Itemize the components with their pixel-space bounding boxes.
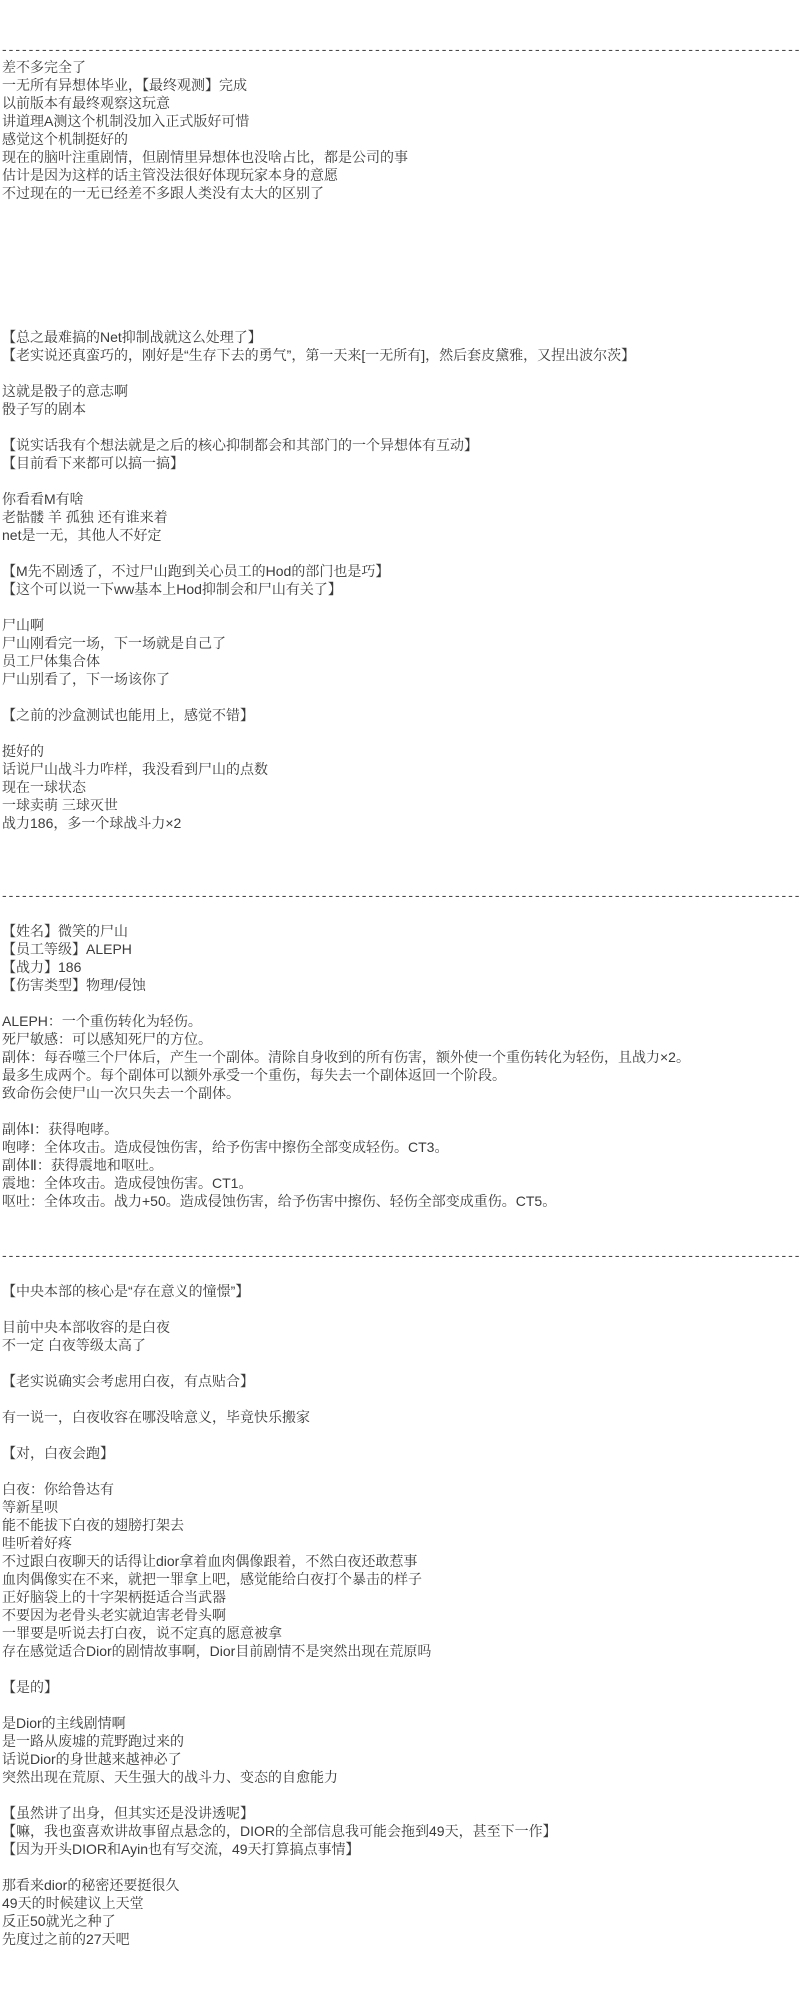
blank-line: [2, 904, 800, 922]
text-line: 现在一球状态: [2, 778, 800, 796]
blank-line: [2, 202, 800, 220]
section-discussion-block-1: 差不多完全了一无所有异想体毕业，【最终观测】完成以前版本有最终观察这玩意讲道理A…: [2, 58, 800, 328]
text-line: 死尸敏感：可以感知死尸的方位。: [2, 1030, 800, 1048]
text-line: 血肉偶像实在不来，就把一罪拿上吧，感觉能给白夜打个暴击的样子: [2, 1570, 800, 1588]
text-line: 这就是骰子的意志啊: [2, 382, 800, 400]
blank-line: [2, 850, 800, 868]
section-discussion-block-3: 【中央本部的核心是“存在意义的憧憬”】目前中央本部收容的是白夜不一定 白夜等级太…: [2, 1264, 800, 1948]
text-line: 一无所有异想体毕业，【最终观测】完成: [2, 76, 800, 94]
text-line: 【老实说还真蛮巧的，刚好是“生存下去的勇气”，第一天来[一无所有]，然后套皮黛雅…: [2, 346, 800, 364]
blank-line: [2, 1462, 800, 1480]
text-line: ALEPH：一个重伤转化为轻伤。: [2, 1012, 800, 1030]
text-line: 哇听着好疼: [2, 1534, 800, 1552]
blank-line: [2, 598, 800, 616]
text-line: 存在感觉适合Dior的剧情故事啊，Dior目前剧情不是突然出现在荒原吗: [2, 1642, 800, 1660]
text-line: 先度过之前的27天吧: [2, 1930, 800, 1948]
separator-line: ----------------------------------------…: [2, 886, 800, 904]
blank-line: [2, 1786, 800, 1804]
blank-line: [2, 868, 800, 886]
text-line: 员工尸体集合体: [2, 652, 800, 670]
text-line: 【虽然讲了出身，但其实还是没讲透呢】: [2, 1804, 800, 1822]
text-line: 副体Ⅰ：获得咆哮。: [2, 1120, 800, 1138]
text-line: 不要因为老骨头老实就迫害老骨头啊: [2, 1606, 800, 1624]
text-line: 【之前的沙盒测试也能用上，感觉不错】: [2, 706, 800, 724]
text-line: 尸山啊: [2, 616, 800, 634]
text-line: 【伤害类型】物理/侵蚀: [2, 976, 800, 994]
blank-line: [2, 256, 800, 274]
section-abnormality-stat-block: 【姓名】微笑的尸山【员工等级】ALEPH【战力】186【伤害类型】物理/侵蚀AL…: [2, 904, 800, 1246]
text-line: 【是的】: [2, 1678, 800, 1696]
text-line: 【嘛，我也蛮喜欢讲故事留点悬念的，DIOR的全部信息我可能会拖到49天，甚至下一…: [2, 1822, 800, 1840]
blank-line: [2, 832, 800, 850]
text-line: 最多生成两个。每个副体可以额外承受一个重伤，每失去一个副体返回一个阶段。: [2, 1066, 800, 1084]
separator-line: ----------------------------------------…: [2, 1246, 800, 1264]
blank-line: [2, 1228, 800, 1246]
text-line: 你看看M有啥: [2, 490, 800, 508]
text-line: 副体：每吞噬三个尸体后，产生一个副体。清除自身收到的所有伤害，额外使一个重伤转化…: [2, 1048, 800, 1066]
text-line: 【姓名】微笑的尸山: [2, 922, 800, 940]
text-line: 现在的脑叶注重剧情，但剧情里异想体也没啥占比，都是公司的事: [2, 148, 800, 166]
blank-line: [2, 1300, 800, 1318]
section-separator-mid-2: ----------------------------------------…: [2, 1246, 800, 1264]
separator-line: ----------------------------------------…: [2, 40, 800, 58]
text-line: 挺好的: [2, 742, 800, 760]
blank-line: [2, 364, 800, 382]
blank-line: [2, 1858, 800, 1876]
blank-line: [2, 1210, 800, 1228]
section-separator-mid-1: ----------------------------------------…: [2, 886, 800, 904]
blank-line: [2, 1264, 800, 1282]
blank-line: [2, 220, 800, 238]
blank-line: [2, 310, 800, 328]
text-line: 一球卖萌 三球灭世: [2, 796, 800, 814]
text-line: 正好脑袋上的十字架柄挺适合当武器: [2, 1588, 800, 1606]
text-line: 尸山刚看完一场，下一场就是自己了: [2, 634, 800, 652]
document-body: ----------------------------------------…: [0, 0, 800, 1948]
section-separator-top: ----------------------------------------…: [2, 40, 800, 58]
text-line: 不过跟白夜聊天的话得让dior拿着血肉偶像跟着，不然白夜还敢惹事: [2, 1552, 800, 1570]
text-line: 那看来dior的秘密还要挺很久: [2, 1876, 800, 1894]
text-line: 【老实说确实会考虑用白夜，有点贴合】: [2, 1372, 800, 1390]
text-line: 差不多完全了: [2, 58, 800, 76]
text-line: 白夜：你给鲁达有: [2, 1480, 800, 1498]
text-line: 讲道理A测这个机制没加入正式版好可惜: [2, 112, 800, 130]
section-discussion-block-2: 【总之最难搞的Net抑制战就这么处理了】【老实说还真蛮巧的，刚好是“生存下去的勇…: [2, 328, 800, 886]
text-line: 【因为开头DIOR和Ayin也有写交流，49天打算搞点事情】: [2, 1840, 800, 1858]
text-line: 49天的时候建议上天堂: [2, 1894, 800, 1912]
blank-line: [2, 1696, 800, 1714]
text-line: 【这个可以说一下ww基本上Hod抑制会和尸山有关了】: [2, 580, 800, 598]
text-line: 估计是因为这样的话主管没法很好体现玩家本身的意愿: [2, 166, 800, 184]
text-line: 有一说一，白夜收容在哪没啥意义，毕竟快乐搬家: [2, 1408, 800, 1426]
text-line: 不一定 白夜等级太高了: [2, 1336, 800, 1354]
blank-line: [2, 1426, 800, 1444]
text-line: 骰子写的剧本: [2, 400, 800, 418]
blank-line: [2, 994, 800, 1012]
text-line: 咆哮：全体攻击。造成侵蚀伤害，给予伤害中擦伤全部变成轻伤。CT3。: [2, 1138, 800, 1156]
blank-line: [2, 1390, 800, 1408]
text-line: 不过现在的一无已经差不多跟人类没有太大的区别了: [2, 184, 800, 202]
text-line: 等新星呗: [2, 1498, 800, 1516]
text-line: 突然出现在荒原、天生强大的战斗力、变态的自愈能力: [2, 1768, 800, 1786]
text-line: 是Dior的主线剧情啊: [2, 1714, 800, 1732]
blank-line: [2, 1660, 800, 1678]
text-line: 是一路从废墟的荒野跑过来的: [2, 1732, 800, 1750]
blank-line: [2, 1102, 800, 1120]
blank-line: [2, 1354, 800, 1372]
blank-line: [2, 238, 800, 256]
text-line: 感觉这个机制挺好的: [2, 130, 800, 148]
text-line: 【员工等级】ALEPH: [2, 940, 800, 958]
text-line: 话说Dior的身世越来越神必了: [2, 1750, 800, 1768]
text-line: 战力186，多一个球战斗力×2: [2, 814, 800, 832]
text-line: 老骷髅 羊 孤独 还有谁来着: [2, 508, 800, 526]
text-line: 致命伤会使尸山一次只失去一个副体。: [2, 1084, 800, 1102]
blank-line: [2, 292, 800, 310]
text-line: 能不能拔下白夜的翅膀打架去: [2, 1516, 800, 1534]
text-line: 【总之最难搞的Net抑制战就这么处理了】: [2, 328, 800, 346]
text-line: 副体Ⅱ：获得震地和呕吐。: [2, 1156, 800, 1174]
text-line: 【对，白夜会跑】: [2, 1444, 800, 1462]
text-line: 反正50就光之种了: [2, 1912, 800, 1930]
text-line: 震地：全体攻击。造成侵蚀伤害。CT1。: [2, 1174, 800, 1192]
text-line: 目前中央本部收容的是白夜: [2, 1318, 800, 1336]
blank-line: [2, 418, 800, 436]
text-line: 尸山别看了，下一场该你了: [2, 670, 800, 688]
blank-line: [2, 472, 800, 490]
text-line: 【战力】186: [2, 958, 800, 976]
blank-line: [2, 544, 800, 562]
text-line: 【说实话我有个想法就是之后的核心抑制都会和其部门的一个异想体有互动】: [2, 436, 800, 454]
text-line: net是一无，其他人不好定: [2, 526, 800, 544]
text-line: 话说尸山战斗力咋样，我没看到尸山的点数: [2, 760, 800, 778]
text-line: 【M先不剧透了，不过尸山跑到关心员工的Hod的部门也是巧】: [2, 562, 800, 580]
text-line: 一罪要是听说去打白夜，说不定真的愿意被拿: [2, 1624, 800, 1642]
blank-line: [2, 688, 800, 706]
text-line: 呕吐：全体攻击。战力+50。造成侵蚀伤害，给予伤害中擦伤、轻伤全部变成重伤。CT…: [2, 1192, 800, 1210]
text-line: 【目前看下来都可以搞一搞】: [2, 454, 800, 472]
text-line: 以前版本有最终观察这玩意: [2, 94, 800, 112]
blank-line: [2, 274, 800, 292]
text-line: 【中央本部的核心是“存在意义的憧憬”】: [2, 1282, 800, 1300]
blank-line: [2, 724, 800, 742]
